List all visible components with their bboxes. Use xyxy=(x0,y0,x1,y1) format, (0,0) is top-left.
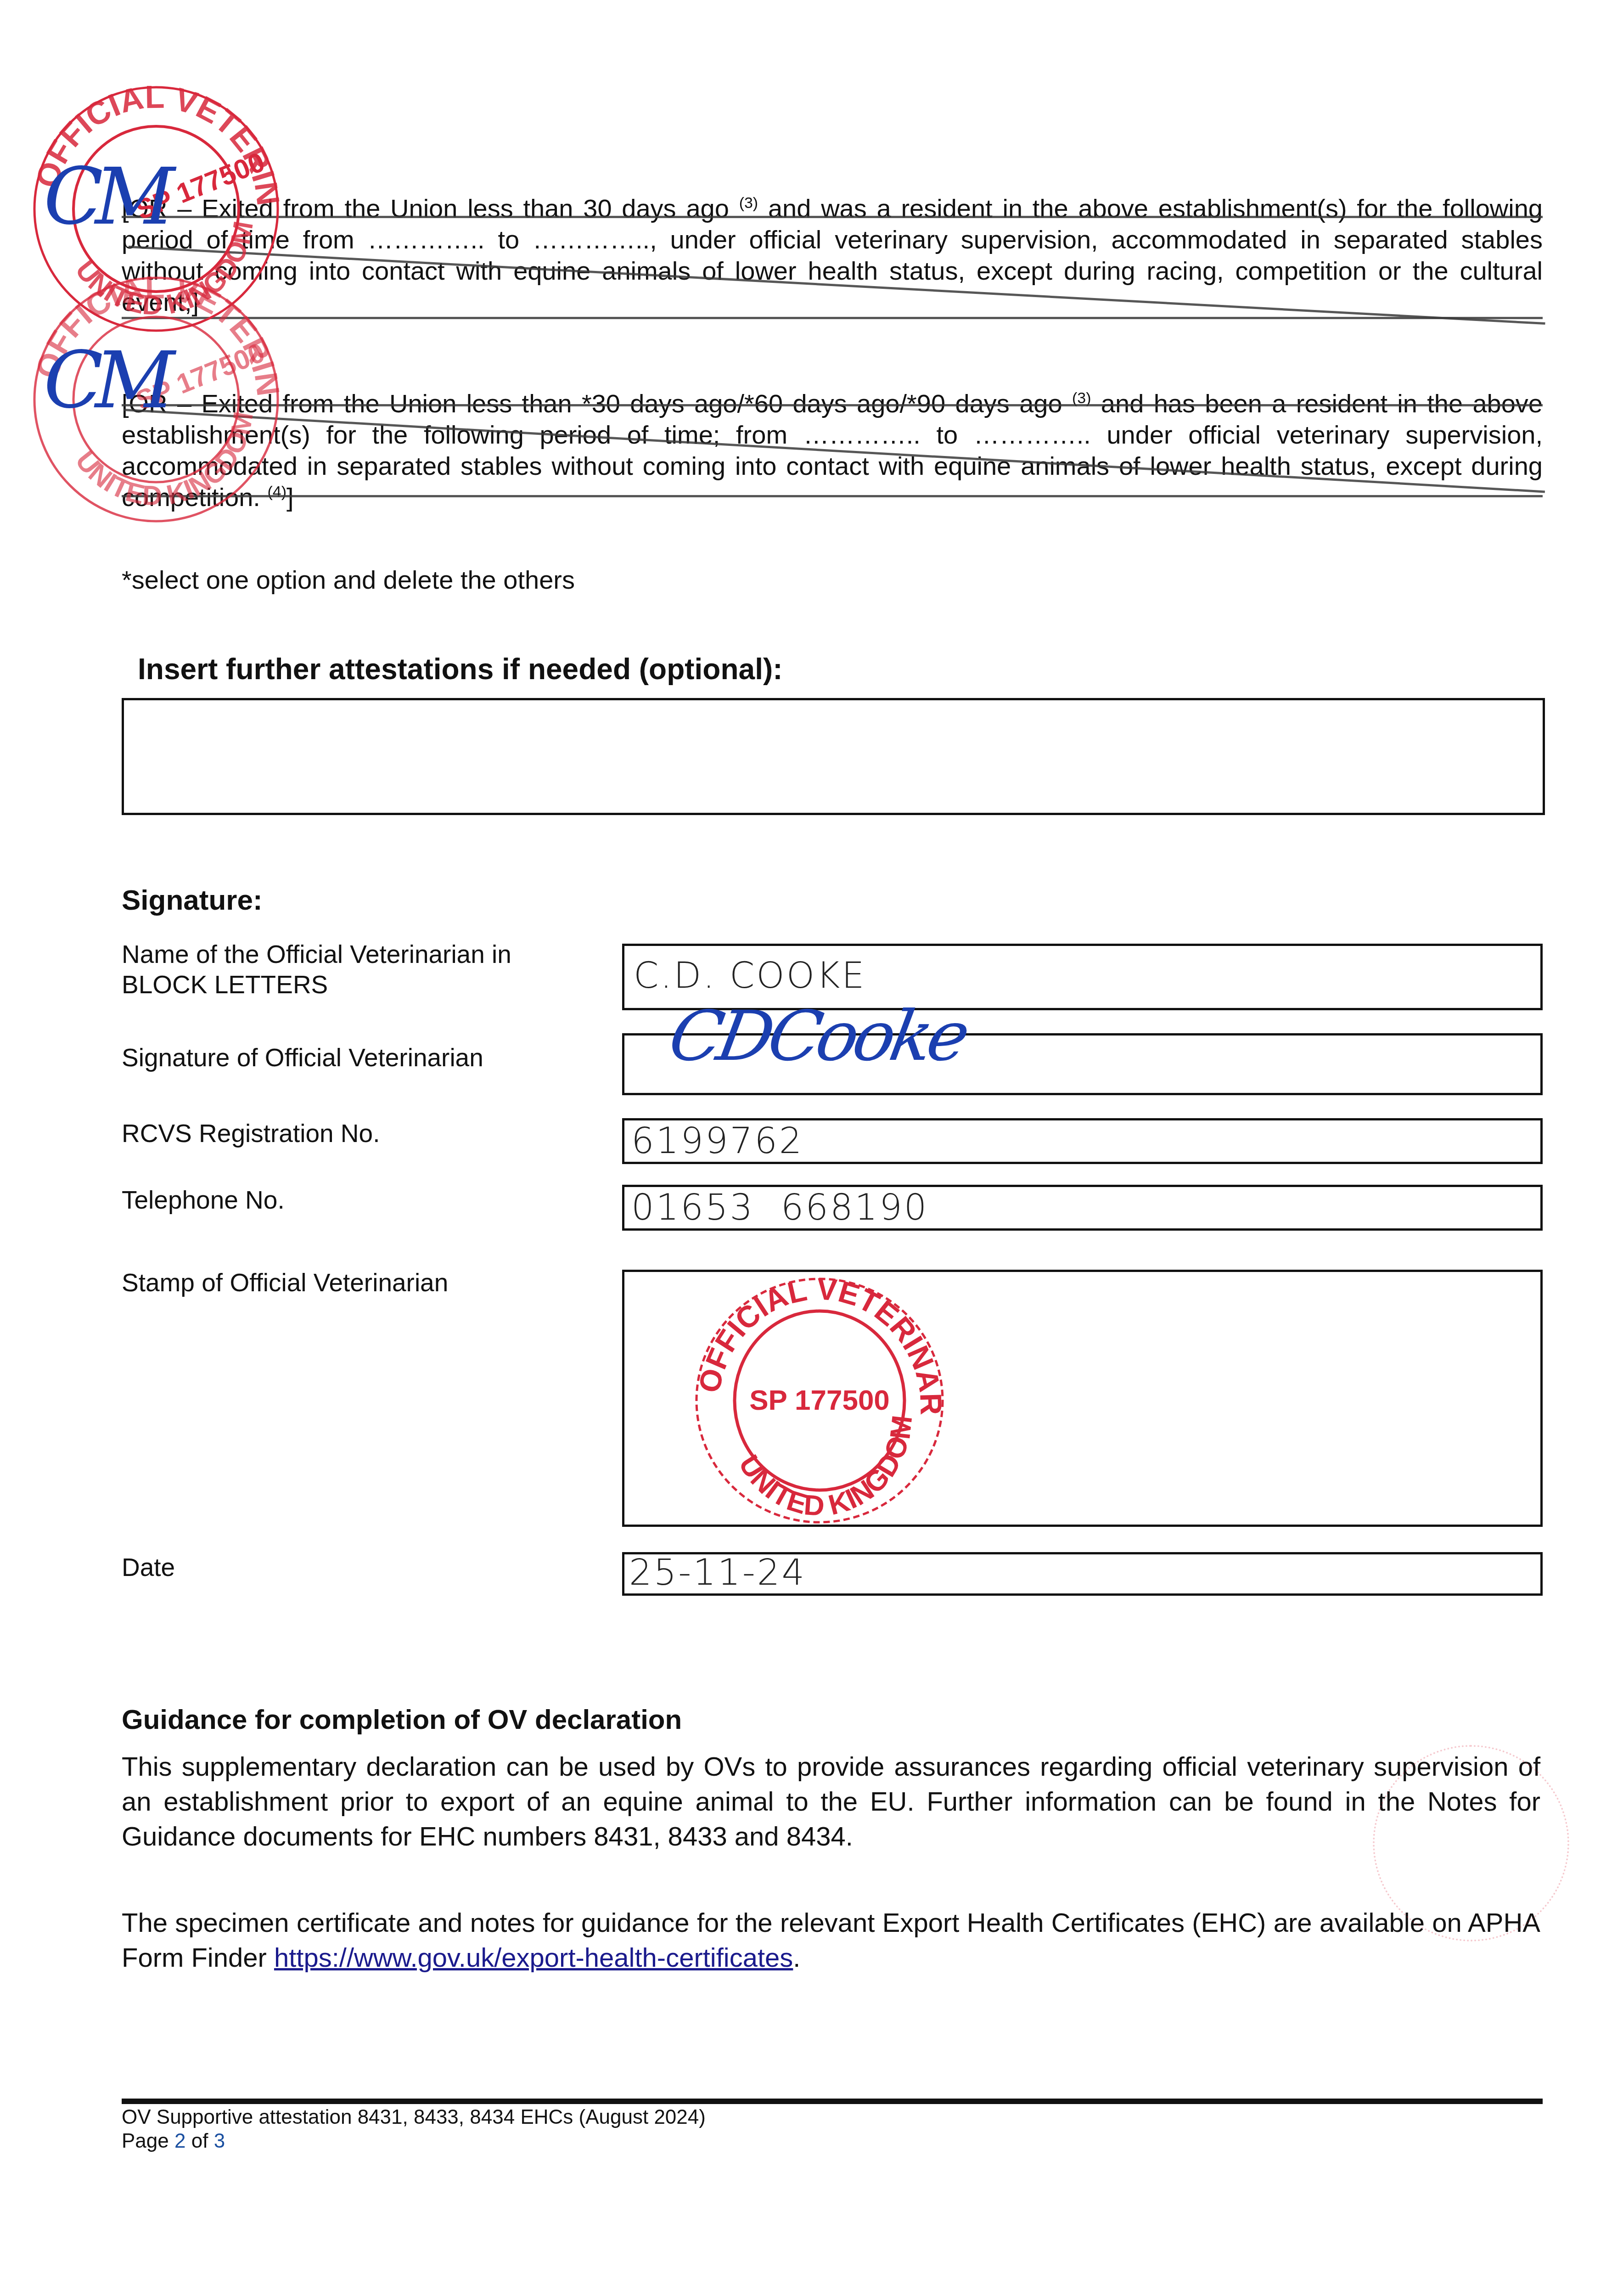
further-attestations-heading: Insert further attestations if needed (o… xyxy=(138,652,783,686)
rcvs-label: RCVS Registration No. xyxy=(122,1118,380,1148)
footer-title: OV Supportive attestation 8431, 8433, 84… xyxy=(122,2105,706,2129)
telephone-value: 01653 668190 xyxy=(631,1187,928,1228)
footer-divider xyxy=(122,2099,1543,2104)
svg-text:SP 177500: SP 177500 xyxy=(749,1384,890,1416)
footnote-ref: (3) xyxy=(739,194,758,212)
telephone-label: Telephone No. xyxy=(122,1185,285,1215)
footer: OV Supportive attestation 8431, 8433, 84… xyxy=(122,2105,706,2153)
guidance-paragraph-1: This supplementary declaration can be us… xyxy=(122,1750,1540,1854)
page-of: of xyxy=(185,2130,213,2152)
page-indicator: Page 2 of 3 xyxy=(122,2129,706,2153)
name-value: C.D. COOKE xyxy=(634,955,866,996)
strike-line xyxy=(122,317,1543,319)
date-value: 25-11-24 xyxy=(629,1552,806,1593)
telephone-field[interactable]: 01653 668190 xyxy=(622,1185,1543,1231)
strike-line xyxy=(122,404,1543,406)
initials-option-b: CM xyxy=(44,335,167,426)
strike-line xyxy=(122,216,1543,218)
period: . xyxy=(793,1943,800,1973)
name-label-line1: Name of the Official Veterinarian in xyxy=(122,939,511,969)
select-option-note: *select one option and delete the others xyxy=(122,565,575,595)
initials-option-a: CM xyxy=(44,152,167,242)
page-prefix: Page xyxy=(122,2130,174,2152)
export-health-certificates-link[interactable]: https://www.gov.uk/export-health-certifi… xyxy=(274,1943,793,1973)
official-stamp: OFFICIAL VETERINARIAN UNITED KINGDOM SP … xyxy=(686,1270,953,1529)
name-label: Name of the Official Veterinarian in BLO… xyxy=(122,939,511,1000)
stamp-label: Stamp of Official Veterinarian xyxy=(122,1267,448,1298)
rcvs-value: 6199762 xyxy=(631,1120,803,1162)
signature-label: Signature of Official Veterinarian xyxy=(122,1042,483,1073)
guidance-paragraph-2: The specimen certificate and notes for g… xyxy=(122,1906,1540,1975)
date-field[interactable]: 25-11-24 xyxy=(622,1552,1543,1596)
rcvs-field[interactable]: 6199762 xyxy=(622,1118,1543,1164)
guidance-title: Guidance for completion of OV declaratio… xyxy=(122,1704,682,1735)
signature-value: CDCooke xyxy=(663,996,972,1076)
attestation-option-a: [OR – Exited from the Union less than 30… xyxy=(122,193,1543,318)
further-attestations-input[interactable] xyxy=(122,698,1545,815)
date-label: Date xyxy=(122,1552,175,1582)
faint-stamp-mark xyxy=(1373,1745,1569,1941)
strike-line xyxy=(122,495,1543,497)
page-total: 3 xyxy=(214,2130,225,2152)
name-label-line2: BLOCK LETTERS xyxy=(122,969,511,1000)
signature-heading: Signature: xyxy=(122,884,263,917)
page-current: 2 xyxy=(174,2130,185,2152)
